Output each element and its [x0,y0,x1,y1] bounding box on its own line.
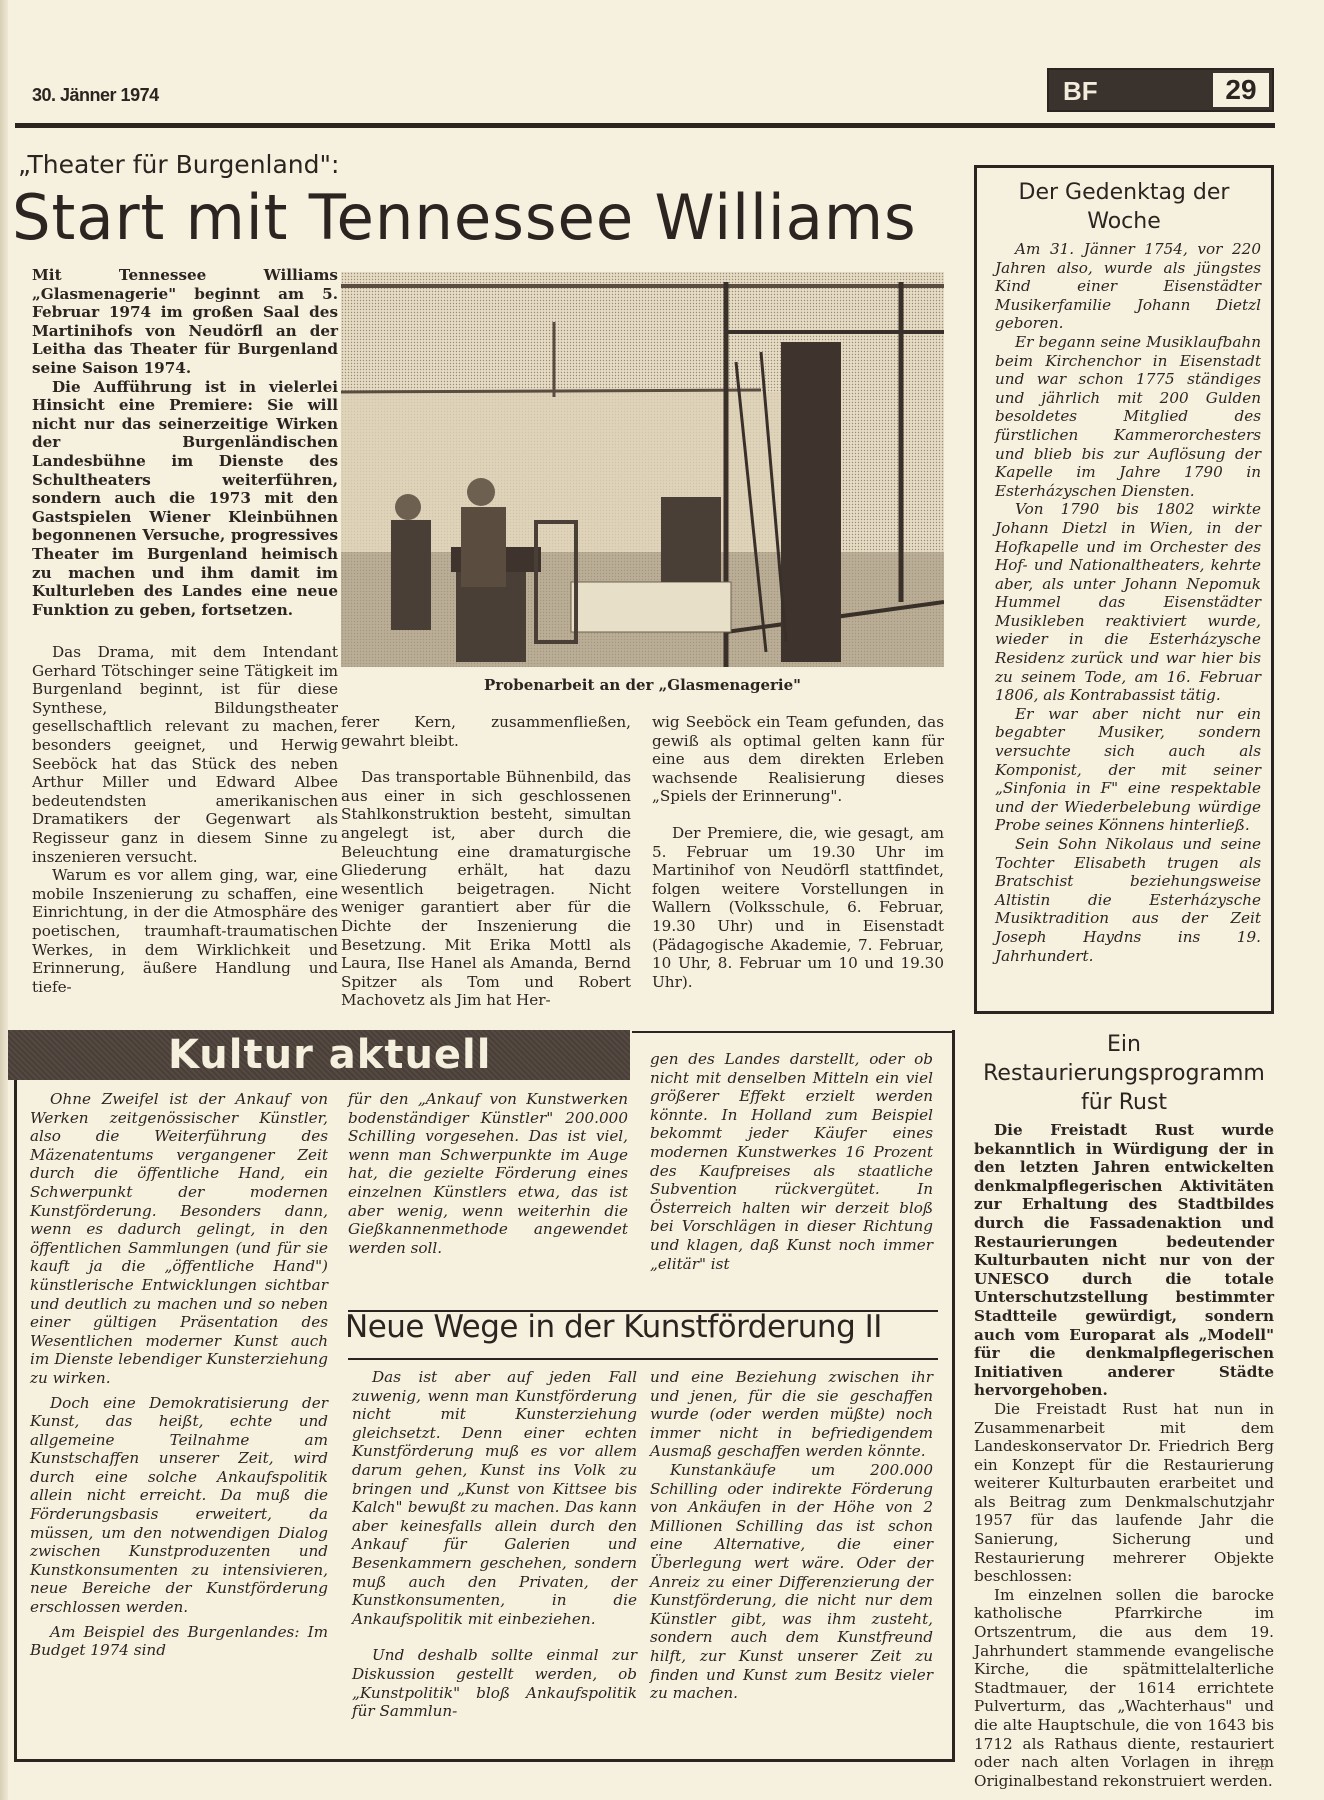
article-body-column-2: ferer Kern, zusammenfließen, gewahrt ble… [341,713,631,1010]
kunstfoerderung-col2-p2: Kunstankäufe um 200.000 Schilling oder i… [650,1461,933,1703]
article-body-1: Das Drama, mit dem Intendant Gerhard Töt… [32,643,338,866]
rust-title: Ein Restaurierungsprogramm für Rust [982,1030,1266,1117]
author-signature: sd [1255,1760,1268,1773]
kultur-col1-p3: Am Beispiel des Burgenlandes: Im Budget … [30,1623,328,1660]
rust-p1: Die Freistadt Rust wurde bekanntlich in … [974,1121,1274,1400]
photo-image-icon [341,272,944,667]
article-lead-column: Mit Tennessee Williams „Glasmenagerie" b… [32,266,338,619]
kultur-col1-p2: Doch eine Demokratisierung der Kunst, da… [30,1394,328,1617]
gedenktag-p1: Am 31. Jänner 1754, vor 220 Jahren also,… [995,240,1261,333]
kultur-column-3: gen des Landes darstellt, oder ob nicht … [650,1050,933,1273]
box-border-right [952,1030,955,1760]
section-badge-label: BF [1063,76,1098,107]
article-lead: Mit Tennessee Williams „Glasmenagerie" b… [32,266,338,378]
gedenktag-box: Der Gedenktag der Woche Am 31. Jänner 17… [974,165,1274,1014]
kultur-col3-p1: gen des Landes darstellt, oder ob nicht … [650,1050,933,1273]
kunstfoerderung-col1-p2: Und deshalb sollte einmal zur Diskussion… [352,1646,637,1720]
rust-p2: Die Freistadt Rust hat nun in Zusammenar… [974,1400,1274,1586]
kultur-aktuell-banner: Kultur aktuell [8,1030,630,1080]
header-rule [15,123,1275,128]
kultur-aktuell-label: Kultur aktuell [168,1030,491,1080]
kunstfoerderung-column-2: und eine Beziehung zwischen ihr und jene… [650,1368,933,1703]
article-body-2: Warum es vor allem ging, war, eine mobil… [32,866,338,996]
gedenktag-p2: Er begann seine Musiklaufbahn beim Kirch… [995,333,1261,500]
article-body-column-3: wig Seeböck ein Team gefunden, das gewiß… [652,713,944,991]
rust-article: Ein Restaurierungsprogramm für Rust Die … [974,1030,1274,1790]
sub-headline-rule-bottom [348,1358,938,1360]
kultur-col2-p1: für den „Ankauf von Kunstwerken bodenstä… [348,1090,628,1257]
gedenktag-title: Der Gedenktag der Woche [987,178,1261,236]
kunstfoerderung-headline: Neue Wege in der Kunstförderung II [345,1308,945,1346]
kunstfoerderung-column-1: Das ist aber auf jeden Fall zuwenig, wen… [352,1368,637,1721]
photo-caption: Probenarbeit an der „Glasmenagerie" [341,676,944,694]
article-body-column-1: Das Drama, mit dem Intendant Gerhard Töt… [32,643,338,996]
article-headline: Start mit Tennessee Williams [12,180,917,256]
gedenktag-p3: Von 1790 bis 1802 wirkte Johann Dietzl i… [995,500,1261,705]
page-edge [0,0,8,1800]
box-border-top [632,1031,952,1033]
gedenktag-body: Am 31. Jänner 1754, vor 220 Jahren also,… [995,240,1261,965]
rust-p3: Im einzelnen sollen die barocke katholis… [974,1586,1274,1791]
gedenktag-p5: Sein Sohn Nikolaus und seine Tochter Eli… [995,835,1261,965]
kunstfoerderung-col2-p1: und eine Beziehung zwischen ihr und jene… [650,1368,933,1461]
article-body-6: Der Premiere, die, wie gesagt, am 5. Feb… [652,824,944,991]
article-kicker: „Theater für Burgenland": [18,150,339,179]
article-body-5: wig Seeböck ein Team gefunden, das gewiß… [652,713,944,806]
issue-date: 30. Jänner 1974 [32,85,159,106]
rehearsal-photo [341,272,944,667]
article-lead-2: Die Aufführung ist in vielerlei Hinsicht… [32,378,338,620]
gedenktag-p4: Er war aber nicht nur ein begabter Musik… [995,705,1261,835]
section-badge: BF 29 [1047,68,1274,112]
article-body-4: Das transportable Bühnenbild, das aus ei… [341,768,631,1010]
rust-body: Die Freistadt Rust wurde bekanntlich in … [974,1121,1274,1790]
box-border-bottom [14,1759,955,1762]
box-border-left [14,1080,17,1760]
kunstfoerderung-col1-p1: Das ist aber auf jeden Fall zuwenig, wen… [352,1368,637,1628]
kultur-column-2: für den „Ankauf von Kunstwerken bodenstä… [348,1090,628,1257]
page-number: 29 [1213,73,1269,107]
kultur-column-1: Ohne Zweifel ist der Ankauf von Werken z… [30,1090,328,1660]
kultur-col1-p1: Ohne Zweifel ist der Ankauf von Werken z… [30,1090,328,1388]
article-body-3: ferer Kern, zusammenfließen, gewahrt ble… [341,713,631,750]
